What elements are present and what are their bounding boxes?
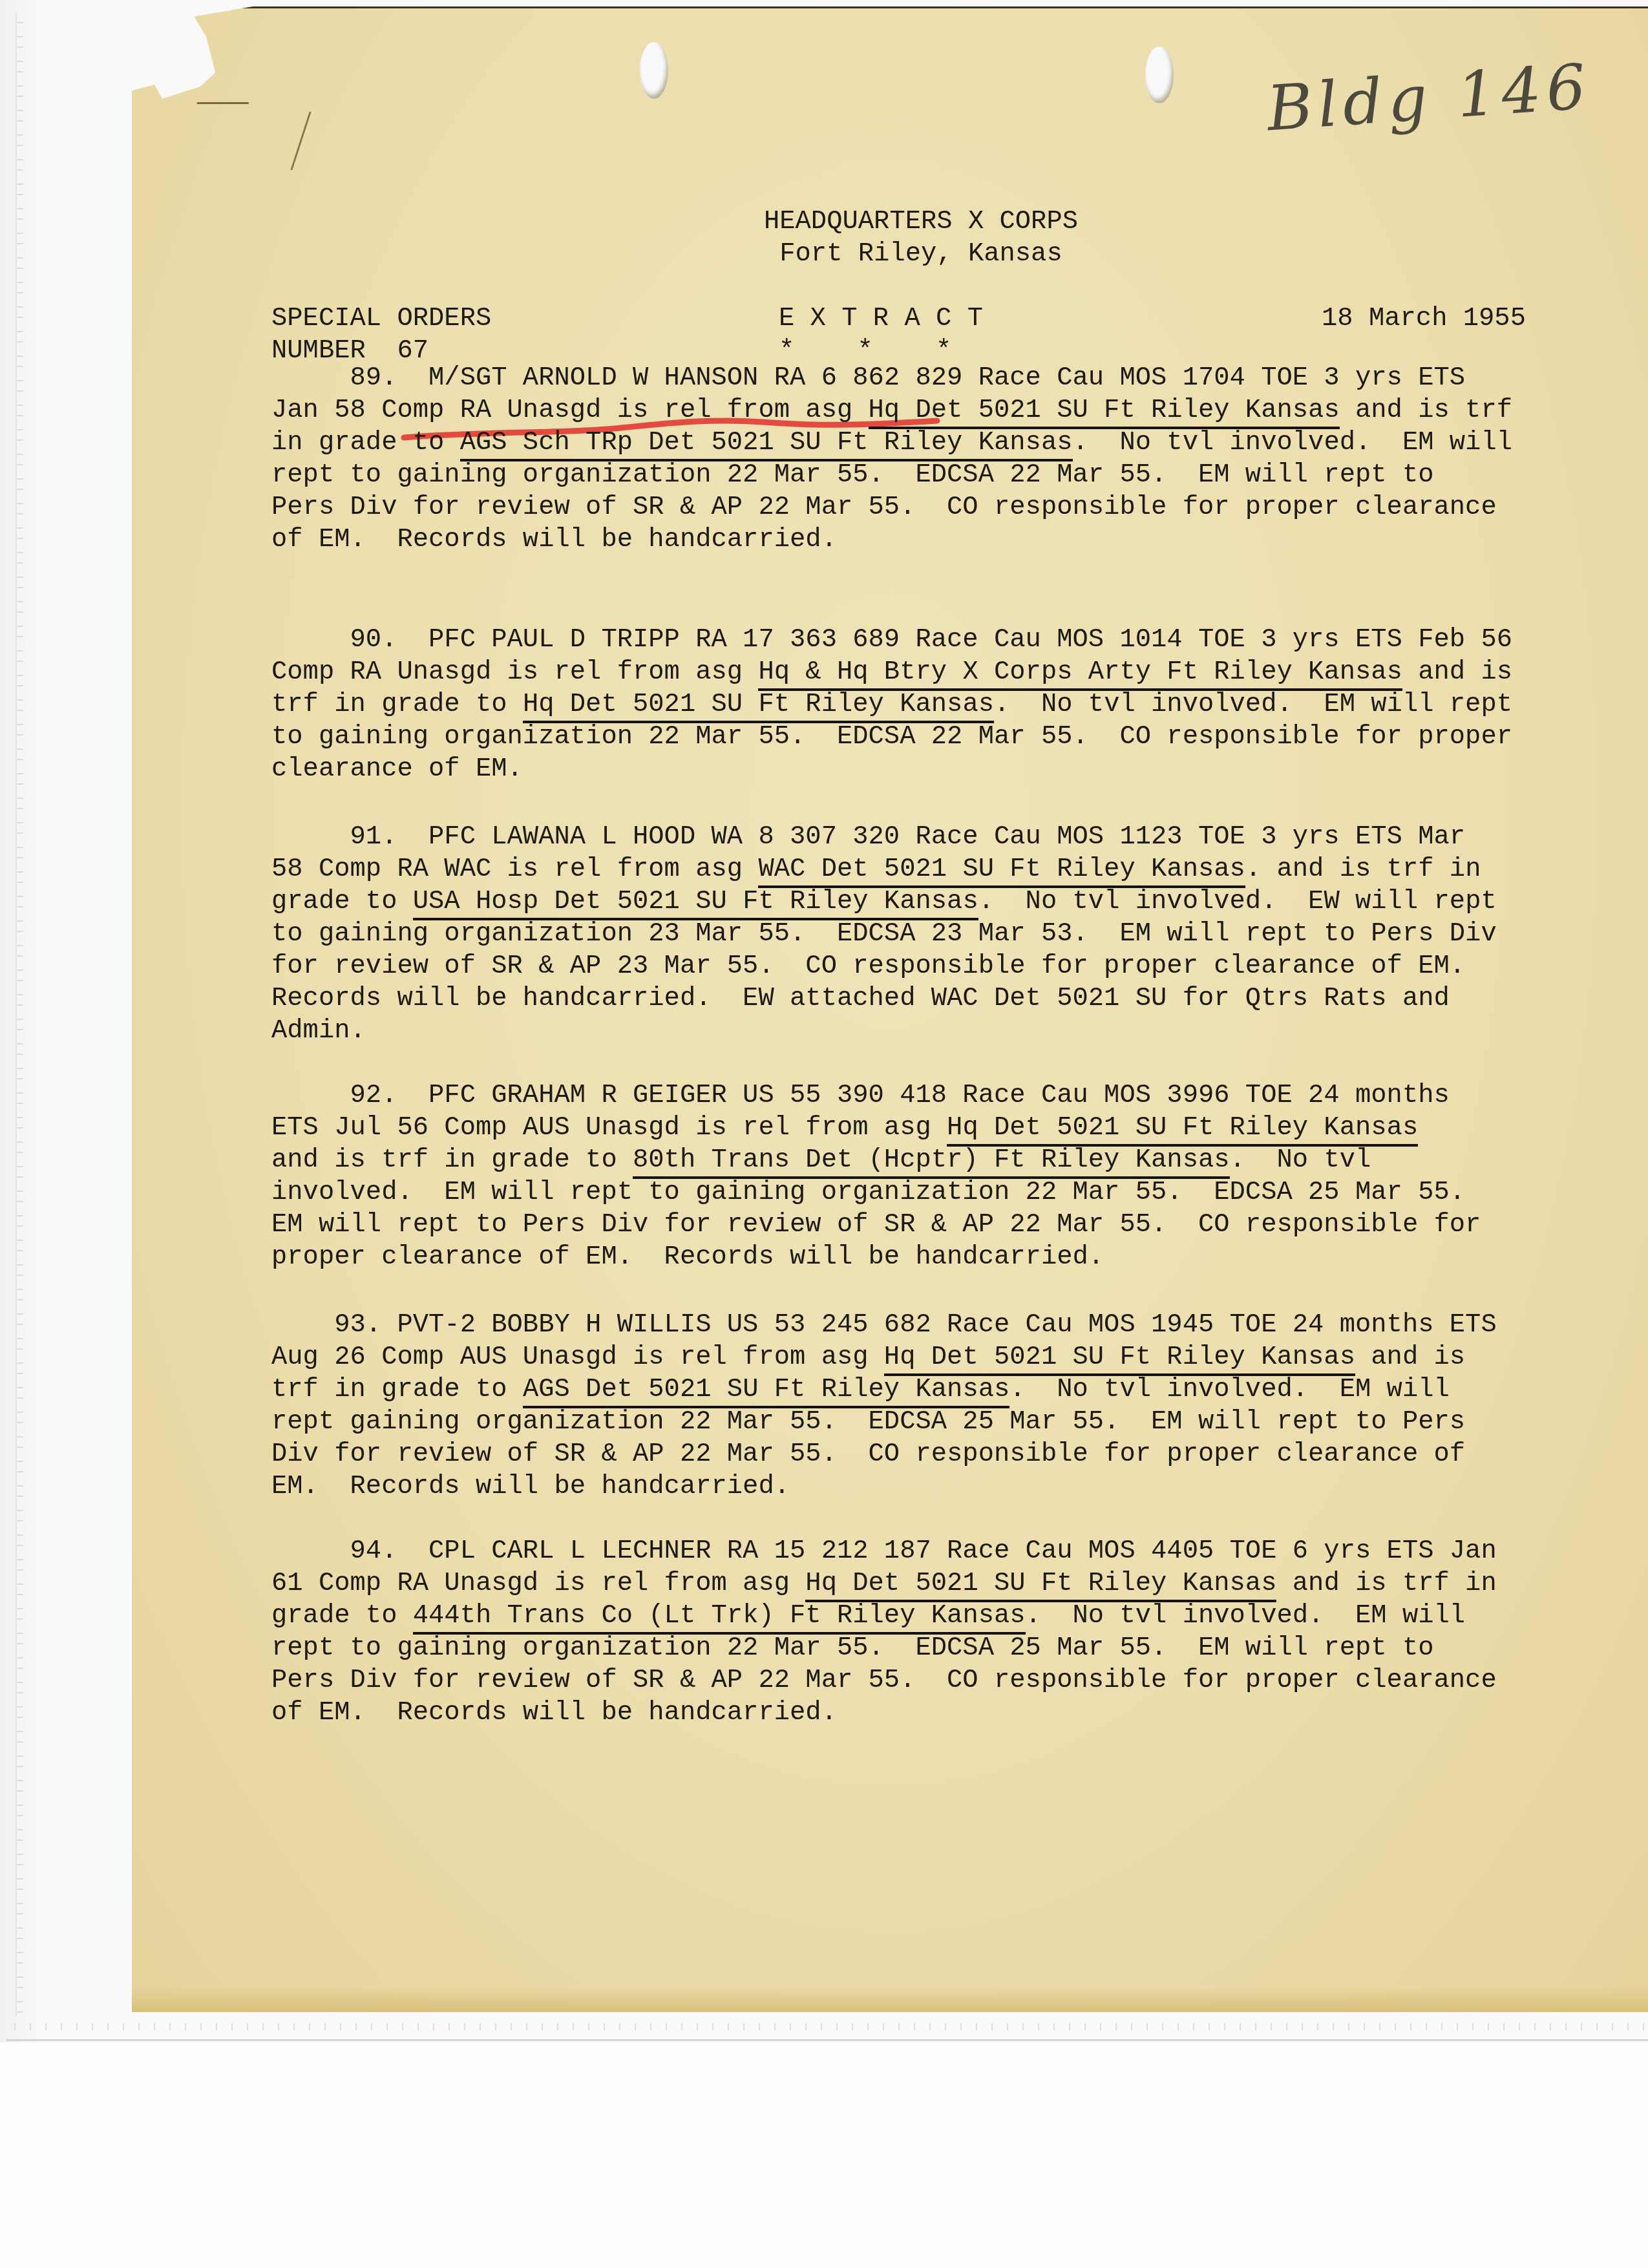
line-text: and is trf in — [1276, 1569, 1496, 1598]
paragraph-line: Div for review of SR & AP 22 Mar 55. CO … — [271, 1438, 1590, 1470]
line-text: Pers Div for review of SR & AP 22 Mar 55… — [271, 1666, 1497, 1695]
line-text: rept to gaining organization 22 Mar 55. … — [271, 460, 1434, 490]
order-paragraph-93: 93. PVT-2 BOBBY H WILLIS US 53 245 682 R… — [271, 1309, 1590, 1503]
paragraph-line: 61 Comp RA Unasgd is rel from asg Hq Det… — [271, 1567, 1590, 1600]
line-text: to gaining organization 23 Mar 55. EDCSA… — [271, 919, 1497, 949]
order-paragraph-91: 91. PFC LAWANA L HOOD WA 8 307 320 Race … — [271, 821, 1590, 1047]
line-text: and is trf in grade to — [271, 1145, 633, 1175]
paragraph-line: for review of SR & AP 23 Mar 55. CO resp… — [271, 950, 1590, 982]
underlined-unit: Hq Det 5021 SU Ft Riley Kansas — [805, 1569, 1276, 1602]
header-location: Fort Riley, Kansas — [662, 238, 1179, 270]
paragraph-line: trf in grade to Hq Det 5021 SU Ft Riley … — [271, 688, 1590, 721]
paragraph-line: rept gaining organization 22 Mar 55. EDC… — [271, 1406, 1590, 1438]
paragraph-line: 94. CPL CARL L LECHNER RA 15 212 187 Rac… — [271, 1535, 1590, 1567]
order-paragraph-94: 94. CPL CARL L LECHNER RA 15 212 187 Rac… — [271, 1535, 1590, 1729]
order-paragraph-89: 89. M/SGT ARNOLD W HANSON RA 6 862 829 R… — [271, 362, 1590, 556]
underlined-unit: WAC Det 5021 SU Ft Riley Kansas — [758, 854, 1245, 888]
line-text: and is — [1402, 657, 1512, 687]
line-text: grade to — [271, 887, 413, 917]
paragraph-line: involved. EM will rept to gaining organi… — [271, 1176, 1590, 1209]
paragraph-line: 93. PVT-2 BOBBY H WILLIS US 53 245 682 R… — [271, 1309, 1590, 1341]
line-text: EM. Records will be handcarried. — [271, 1472, 790, 1501]
paragraph-line: to gaining organization 23 Mar 55. EDCSA… — [271, 918, 1590, 950]
paragraph-line: and is trf in grade to 80th Trans Det (H… — [271, 1144, 1590, 1176]
line-text: . No tvl involved. EW will rept — [978, 887, 1497, 917]
torn-flap — [290, 112, 356, 170]
paragraph-line: grade to 444th Trans Co (Lt Trk) Ft Rile… — [271, 1600, 1590, 1632]
line-text: Records will be handcarried. EW attached… — [271, 984, 1450, 1013]
line-text: grade to — [271, 1601, 413, 1631]
line-text: Aug 26 Comp AUS Unasgd is rel from asg — [271, 1342, 884, 1372]
line-text: of EM. Records will be handcarried. — [271, 1698, 837, 1728]
order-date: 18 March 1955 — [1322, 302, 1526, 335]
line-text: 61 Comp RA Unasgd is rel from asg — [271, 1569, 805, 1598]
paragraph-line: Comp RA Unasgd is rel from asg Hq & Hq B… — [271, 656, 1590, 688]
paragraph-line: Admin. — [271, 1015, 1590, 1047]
line-text: . No tvl involved. EM will — [1009, 1375, 1450, 1404]
underlined-unit: USA Hosp Det 5021 SU Ft Riley Kansas — [413, 887, 978, 920]
paragraph-line: 91. PFC LAWANA L HOOD WA 8 307 320 Race … — [271, 821, 1590, 853]
line-text: 91. PFC LAWANA L HOOD WA 8 307 320 Race … — [271, 822, 1465, 852]
paragraph-line: trf in grade to AGS Det 5021 SU Ft Riley… — [271, 1373, 1590, 1406]
paragraph-line: Pers Div for review of SR & AP 22 Mar 55… — [271, 491, 1590, 524]
line-text: of EM. Records will be handcarried. — [271, 525, 837, 555]
underlined-unit: Hq & Hq Btry X Corps Arty Ft Riley Kansa… — [758, 657, 1402, 691]
line-text: to gaining organization 22 Mar 55. EDCSA… — [271, 722, 1512, 752]
line-text: . No tvl involved. EM will — [1073, 428, 1513, 458]
paragraph-line: to gaining organization 22 Mar 55. EDCSA… — [271, 721, 1590, 753]
line-text: Admin. — [271, 1016, 366, 1046]
line-text: EM will rept to Pers Div for review of S… — [271, 1210, 1481, 1240]
underlined-unit: Hq Det 5021 SU Ft Riley Kansas — [884, 1342, 1355, 1376]
underlined-unit: 80th Trans Det (Hcptr) Ft Riley Kansas — [633, 1145, 1230, 1179]
underlined-unit: AGS Sch TRp Det 5021 SU Ft Riley Kansas — [460, 428, 1073, 461]
line-text: 93. PVT-2 BOBBY H WILLIS US 53 245 682 R… — [271, 1310, 1497, 1340]
paragraph-line: ETS Jul 56 Comp AUS Unasgd is rel from a… — [271, 1112, 1590, 1144]
paragraph-line: rept to gaining organization 22 Mar 55. … — [271, 1632, 1590, 1664]
line-text: trf in grade to — [271, 690, 523, 719]
order-paragraph-90: 90. PFC PAUL D TRIPP RA 17 363 689 Race … — [271, 624, 1590, 785]
sleeve-bottom-perforation — [6, 2023, 1648, 2031]
line-text: clearance of EM. — [271, 754, 523, 784]
punch-hole-left — [640, 42, 668, 99]
extract-label: E X T R A C T — [779, 302, 983, 335]
sleeve-perforation — [16, 13, 23, 2017]
paragraph-line: Pers Div for review of SR & AP 22 Mar 55… — [271, 1664, 1590, 1697]
paragraph-line: Jan 58 Comp RA Unasgd is rel from asg Hq… — [271, 394, 1590, 427]
punch-hole-right — [1145, 47, 1174, 103]
line-text: involved. EM will rept to gaining organi… — [271, 1178, 1465, 1207]
line-text: proper clearance of EM. Records will be … — [271, 1242, 1104, 1272]
paragraph-line: EM. Records will be handcarried. — [271, 1470, 1590, 1503]
order-type: SPECIAL ORDERS — [271, 302, 491, 335]
line-text: . No tvl — [1230, 1145, 1371, 1175]
line-text: 90. PFC PAUL D TRIPP RA 17 363 689 Race … — [271, 625, 1512, 655]
line-text: trf in grade to — [271, 1375, 523, 1404]
line-text: and is trf — [1340, 396, 1512, 425]
line-text: . and is trf in — [1245, 854, 1481, 884]
line-text: and is — [1355, 1342, 1465, 1372]
line-text: Div for review of SR & AP 22 Mar 55. CO … — [271, 1439, 1465, 1469]
line-text: 89. M/SGT ARNOLD W HANSON RA 6 862 829 R… — [271, 363, 1465, 393]
line-text: rept to gaining organization 22 Mar 55. … — [271, 1633, 1434, 1663]
paragraph-line: 90. PFC PAUL D TRIPP RA 17 363 689 Race … — [271, 624, 1590, 656]
paragraph-line: grade to USA Hosp Det 5021 SU Ft Riley K… — [271, 885, 1590, 918]
paragraph-line: of EM. Records will be handcarried. — [271, 1697, 1590, 1729]
line-text: Pers Div for review of SR & AP 22 Mar 55… — [271, 493, 1497, 522]
paragraph-line: of EM. Records will be handcarried. — [271, 524, 1590, 556]
line-text: 94. CPL CARL L LECHNER RA 15 212 187 Rac… — [271, 1536, 1497, 1566]
line-text: 92. PFC GRAHAM R GEIGER US 55 390 418 Ra… — [271, 1081, 1450, 1110]
line-text: Comp RA Unasgd is rel from asg — [271, 657, 758, 687]
order-paragraph-92: 92. PFC GRAHAM R GEIGER US 55 390 418 Ra… — [271, 1079, 1590, 1273]
paragraph-line: Aug 26 Comp AUS Unasgd is rel from asg H… — [271, 1341, 1590, 1373]
paragraph-line: proper clearance of EM. Records will be … — [271, 1241, 1590, 1273]
paper-stain — [132, 1986, 1648, 2012]
paragraph-line: EM will rept to Pers Div for review of S… — [271, 1209, 1590, 1241]
paragraph-line: clearance of EM. — [271, 753, 1590, 785]
header-title: HEADQUARTERS X CORPS — [662, 206, 1179, 238]
paragraph-line: rept to gaining organization 22 Mar 55. … — [271, 459, 1590, 491]
line-text: 58 Comp RA WAC is rel from asg — [271, 854, 758, 884]
line-text: for review of SR & AP 23 Mar 55. CO resp… — [271, 951, 1465, 981]
underlined-unit: Hq Det 5021 SU Ft Riley Kansas — [523, 690, 994, 723]
underlined-unit: AGS Det 5021 SU Ft Riley Kansas — [523, 1375, 1009, 1408]
underlined-unit: Hq Det 5021 SU Ft Riley Kansas — [947, 1113, 1418, 1147]
underlined-unit: 444th Trans Co (Lt Trk) Ft Riley Kansas — [413, 1601, 1026, 1635]
paragraph-line: 89. M/SGT ARNOLD W HANSON RA 6 862 829 R… — [271, 362, 1590, 394]
line-text: ETS Jul 56 Comp AUS Unasgd is rel from a… — [271, 1113, 947, 1143]
underlined-unit: Hq Det 5021 SU Ft Riley Kansas — [869, 396, 1340, 429]
paragraph-line: in grade to AGS Sch TRp Det 5021 SU Ft R… — [271, 427, 1590, 459]
line-text: in grade to — [271, 428, 460, 458]
line-text: . No tvl involved. EM will rept — [994, 690, 1512, 719]
line-text: Jan 58 Comp RA Unasgd is rel from asg — [271, 396, 869, 425]
paragraph-line: 92. PFC GRAHAM R GEIGER US 55 390 418 Ra… — [271, 1079, 1590, 1112]
line-text: rept gaining organization 22 Mar 55. EDC… — [271, 1407, 1465, 1437]
paragraph-line: 58 Comp RA WAC is rel from asg WAC Det 5… — [271, 853, 1590, 885]
line-text: . No tvl involved. EM will — [1026, 1601, 1466, 1631]
paragraph-line: Records will be handcarried. EW attached… — [271, 982, 1590, 1015]
sleeve-edge — [6, 2039, 1648, 2041]
